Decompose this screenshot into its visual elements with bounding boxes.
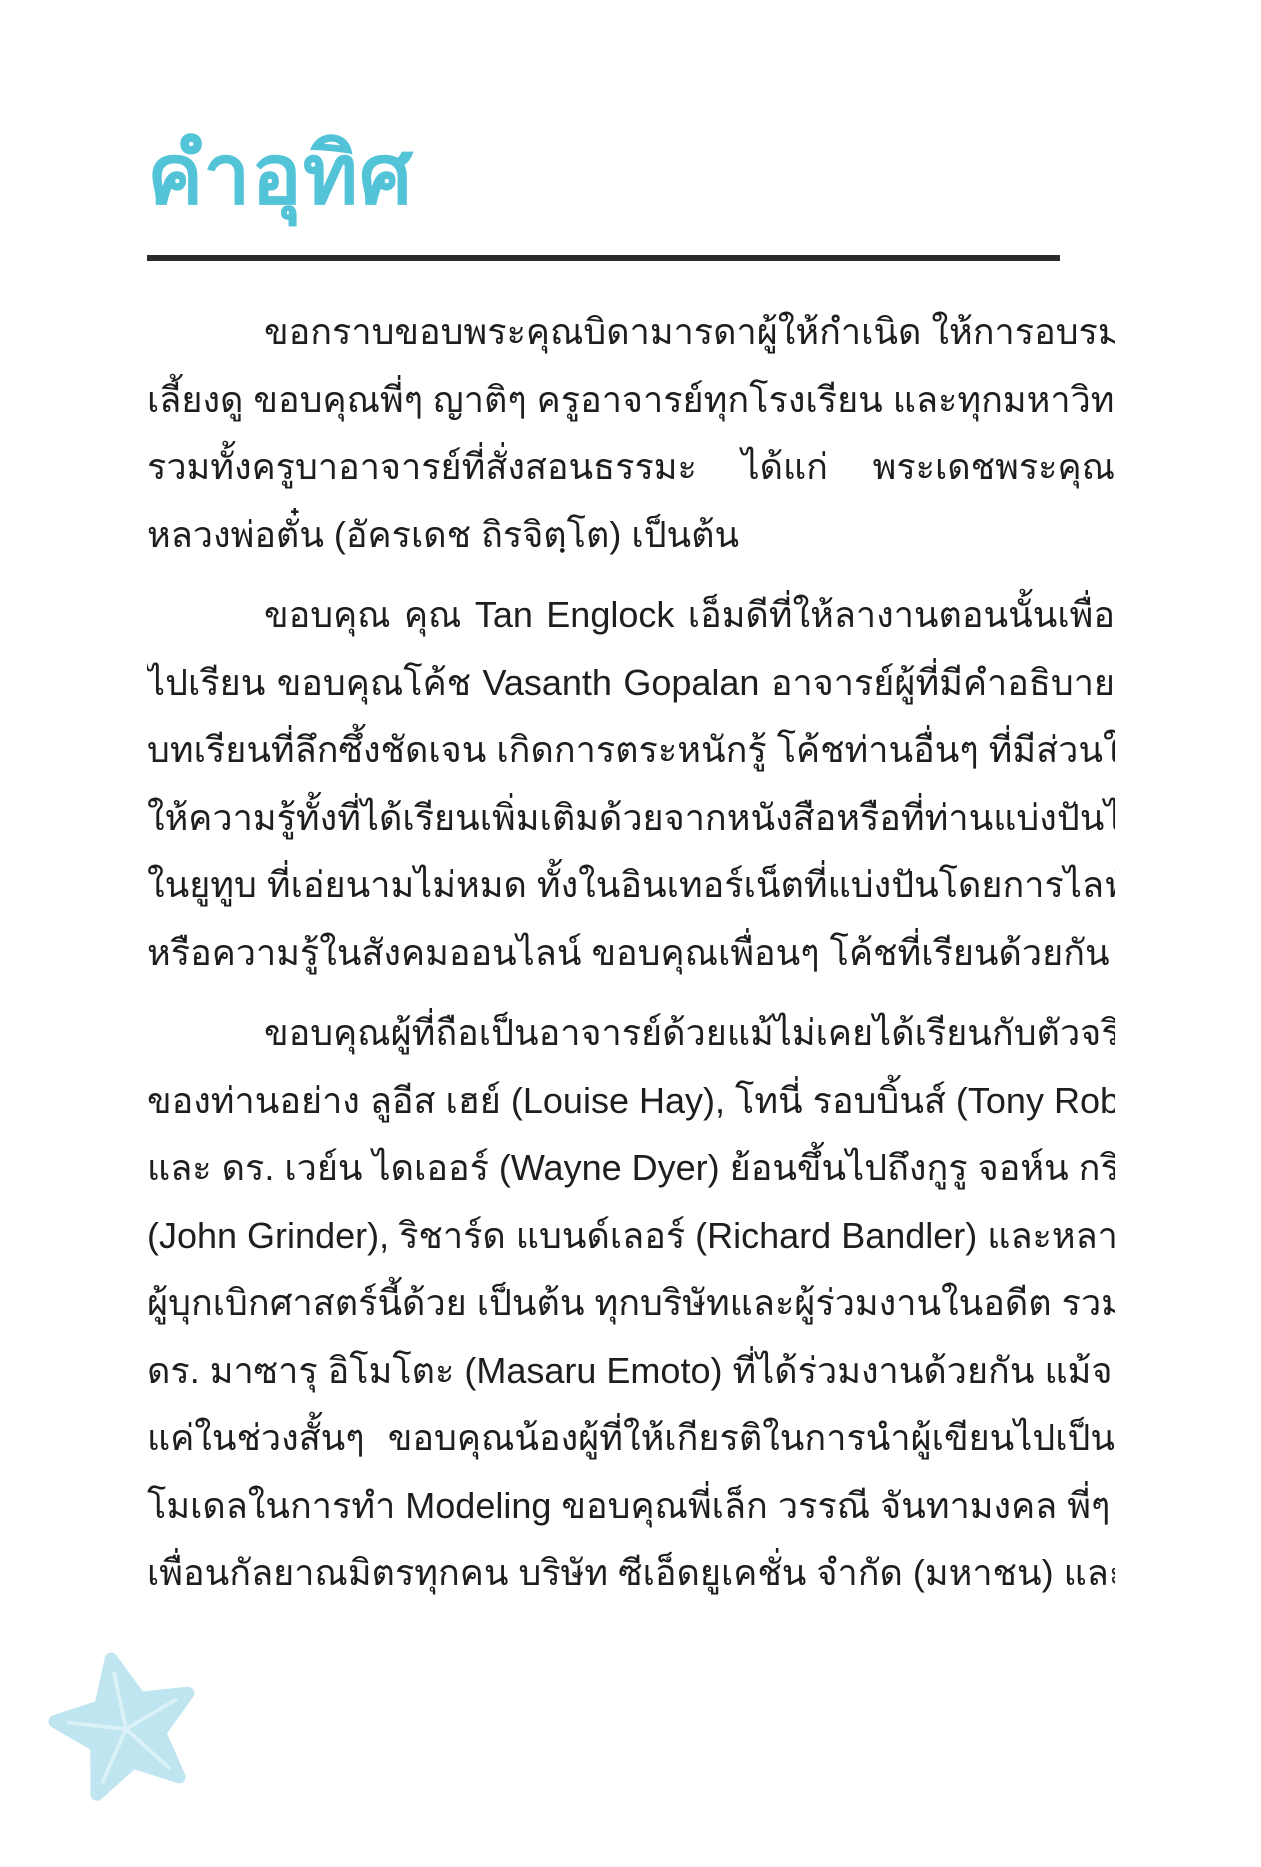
- starfish-icon: [33, 1634, 219, 1825]
- text-line: ให้ความรู้ทั้งที่ได้เรียนเพิ่มเติมด้วยจา…: [147, 784, 1115, 852]
- text-line: บทเรียนที่ลึกซึ้งชัดเจน เกิดการตระหนักรู…: [147, 716, 1115, 784]
- text-line: และ ดร. เวย์น ไดเออร์ (Wayne Dyer) ย้อนข…: [147, 1134, 1115, 1202]
- book-page: คำอุทิศ ขอกราบขอบพระคุณบิดามารดาผู้ให้กำ…: [0, 0, 1261, 1867]
- text-line: ขอบคุณผู้ที่ถือเป็นอาจารย์ด้วยแม้ไม่เคยไ…: [147, 999, 1115, 1067]
- dedication-paragraph-3: ขอบคุณผู้ที่ถือเป็นอาจารย์ด้วยแม้ไม่เคยไ…: [147, 999, 1115, 1607]
- title-underline: [147, 255, 1060, 261]
- text-line: แค่ในช่วงสั้นๆ ขอบคุณน้องผู้ที่ให้เกียรต…: [147, 1404, 1115, 1472]
- text-line: ไปเรียน ขอบคุณโค้ช Vasanth Gopalan อาจาร…: [147, 649, 1115, 717]
- text-line: ในยูทูบ ที่เอ่ยนามไม่หมด ทั้งในอินเทอร์เ…: [147, 851, 1115, 919]
- text-line: หลวงพ่อตั๋น (อัครเดช ถิรจิตฺโต) เป็นต้น: [147, 501, 1115, 569]
- dedication-text: ขอกราบขอบพระคุณบิดามารดาผู้ให้กำเนิด ให้…: [147, 298, 1115, 1607]
- dedication-paragraph-1: ขอกราบขอบพระคุณบิดามารดาผู้ให้กำเนิด ให้…: [147, 298, 1115, 568]
- text-line: ขอกราบขอบพระคุณบิดามารดาผู้ให้กำเนิด ให้…: [147, 298, 1115, 366]
- text-line: รวมทั้งครูบาอาจารย์ที่สั่งสอนธรรมะ ได้แก…: [147, 433, 1115, 501]
- text-line: ดร. มาซารุ อิโมโตะ (Masaru Emoto) ที่ได้…: [147, 1337, 1115, 1405]
- text-line: เพื่อนกัลยาณมิตรทุกคน บริษัท ซีเอ็ดยูเคช…: [147, 1539, 1115, 1607]
- text-line: ผู้บุกเบิกศาสตร์นี้ด้วย เป็นต้น ทุกบริษั…: [147, 1269, 1115, 1337]
- text-line: (John Grinder), ริชาร์ด แบนด์เลอร์ (Rich…: [147, 1202, 1115, 1270]
- text-line: ของท่านอย่าง ลูอีส เฮย์ (Louise Hay), โท…: [147, 1067, 1115, 1135]
- text-line: เลี้ยงดู ขอบคุณพี่ๆ ญาติๆ ครูอาจารย์ทุกโ…: [147, 366, 1115, 434]
- text-line: โมเดลในการทำ Modeling ขอบคุณพี่เล็ก วรรณ…: [147, 1472, 1115, 1540]
- page-title: คำอุทิศ: [147, 128, 414, 220]
- text-line: หรือความรู้ในสังคมออนไลน์ ขอบคุณเพื่อนๆ …: [147, 919, 1115, 987]
- dedication-paragraph-2: ขอบคุณ คุณ Tan Englock เอ็มดีที่ให้ลางาน…: [147, 581, 1115, 986]
- text-line: ขอบคุณ คุณ Tan Englock เอ็มดีที่ให้ลางาน…: [147, 581, 1115, 649]
